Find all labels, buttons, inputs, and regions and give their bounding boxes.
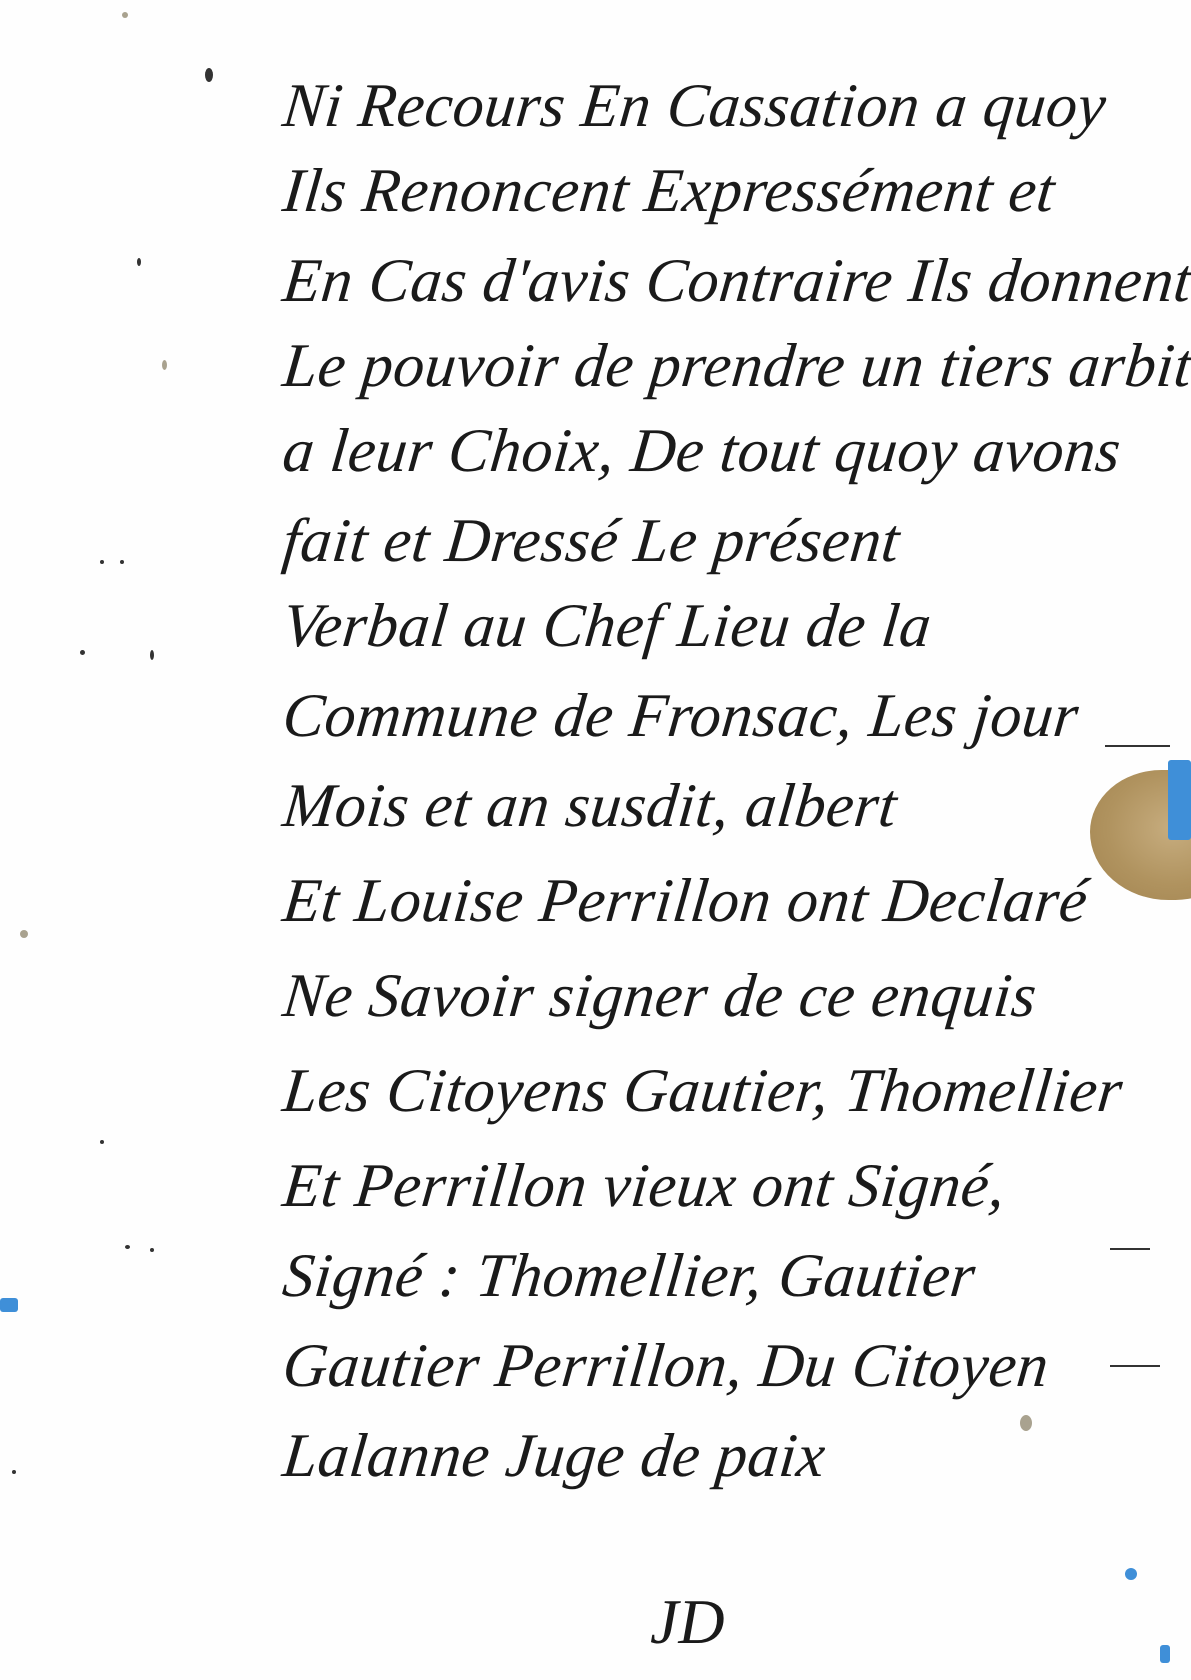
paraph-signature: JD: [650, 1585, 725, 1659]
ink-speck: [20, 930, 28, 938]
blue-ink-dot: [1125, 1568, 1137, 1580]
manuscript-line-15: Gautier Perrillon, Du Citoyen: [280, 1335, 1052, 1397]
ink-speck: [162, 360, 167, 370]
line-filler-dash: [1110, 1365, 1160, 1367]
ink-speck: [205, 68, 213, 82]
manuscript-line-16: Lalanne Juge de paix: [280, 1425, 829, 1487]
ink-speck: [122, 12, 128, 18]
manuscript-line-8: Commune de Fronsac, Les jour: [280, 685, 1082, 747]
manuscript-line-11: Ne Savoir signer de ce enquis: [280, 965, 1040, 1027]
ink-speck: [120, 560, 124, 564]
manuscript-line-10: Et Louise Perrillon ont Declaré: [280, 870, 1091, 932]
ink-speck: [80, 650, 85, 655]
manuscript-line-3: En Cas d'avis Contraire Ils donnent: [280, 250, 1191, 312]
manuscript-page: Ni Recours En Cassation a quoy Ils Renon…: [0, 0, 1191, 1680]
manuscript-line-14: Signé : Thomellier, Gautier: [280, 1245, 979, 1307]
ink-speck: [137, 258, 141, 266]
manuscript-line-7: Verbal au Chef Lieu de la: [280, 595, 934, 657]
manuscript-line-6: fait et Dressé Le présent: [280, 510, 903, 572]
manuscript-line-9: Mois et an susdit, albert: [280, 775, 900, 837]
line-filler-dash: [1110, 1248, 1150, 1250]
line-filler-dash: [1105, 745, 1170, 747]
ink-speck: [1020, 1415, 1032, 1431]
ink-speck: [150, 650, 154, 660]
ink-speck: [125, 1245, 130, 1249]
manuscript-line-4: Le pouvoir de prendre un tiers arbitre: [280, 335, 1191, 397]
manuscript-line-2: Ils Renoncent Expressément et: [280, 160, 1058, 222]
ink-speck: [100, 560, 104, 564]
manuscript-line-12: Les Citoyens Gautier, Thomellier: [280, 1060, 1126, 1122]
ink-speck: [12, 1470, 16, 1474]
manuscript-line-13: Et Perrillon vieux ont Signé,: [280, 1155, 1009, 1217]
ink-speck: [150, 1248, 154, 1252]
manuscript-line-1: Ni Recours En Cassation a quoy: [280, 75, 1109, 137]
blue-ink-mark: [1168, 760, 1191, 840]
manuscript-line-5: a leur Choix, De tout quoy avons: [280, 420, 1124, 482]
blue-ink-mark: [0, 1298, 18, 1312]
ink-speck: [100, 1140, 104, 1144]
blue-ink-mark: [1160, 1645, 1170, 1663]
